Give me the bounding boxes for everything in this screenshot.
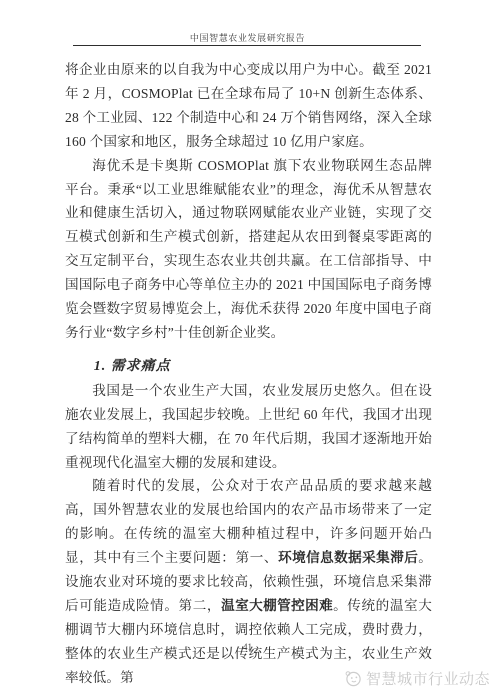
document-body: 将企业由原来的以自我为中心变成以用户为中心。截至 2021 年 2 月，COSM… <box>65 58 432 690</box>
smart-city-logo-icon <box>344 670 363 687</box>
paragraph-cosmoplat-network: 将企业由原来的以自我为中心变成以用户为中心。截至 2021 年 2 月，COSM… <box>65 58 432 154</box>
bold-term-data-collection-lag: 环境信息数据采集滞后 <box>278 550 418 565</box>
paragraph-three-problems: 随着时代的发展，公众对于农产品品质的要求越来越高，国外智慧农业的发展也给国内的农… <box>65 474 432 689</box>
paragraph-agriculture-history: 我国是一个农业生产大国，农业发展历史悠久。但在设施农业发展上，我国起步较晚。上世… <box>65 379 432 475</box>
paragraph-haiyouhe-brand: 海优禾是卡奥斯 COSMOPlat 旗下农业物联网生态品牌平台。秉承“以工业思维… <box>65 154 432 345</box>
header-title: 中国智慧农业发展研究报告 <box>0 31 495 44</box>
watermark: 智慧城市行业动态 <box>344 668 490 689</box>
header-rule <box>73 45 421 46</box>
section-heading-demand-painpoints: 1. 需求痛点 <box>65 355 432 379</box>
watermark-text: 智慧城市行业动态 <box>366 668 490 689</box>
document-page: 中国智慧农业发展研究报告 将企业由原来的以自我为中心变成以用户为中心。截至 20… <box>0 0 495 700</box>
bold-term-greenhouse-control-difficulty: 温室大棚管控困难 <box>221 598 333 613</box>
page-number: 41 <box>0 642 495 652</box>
